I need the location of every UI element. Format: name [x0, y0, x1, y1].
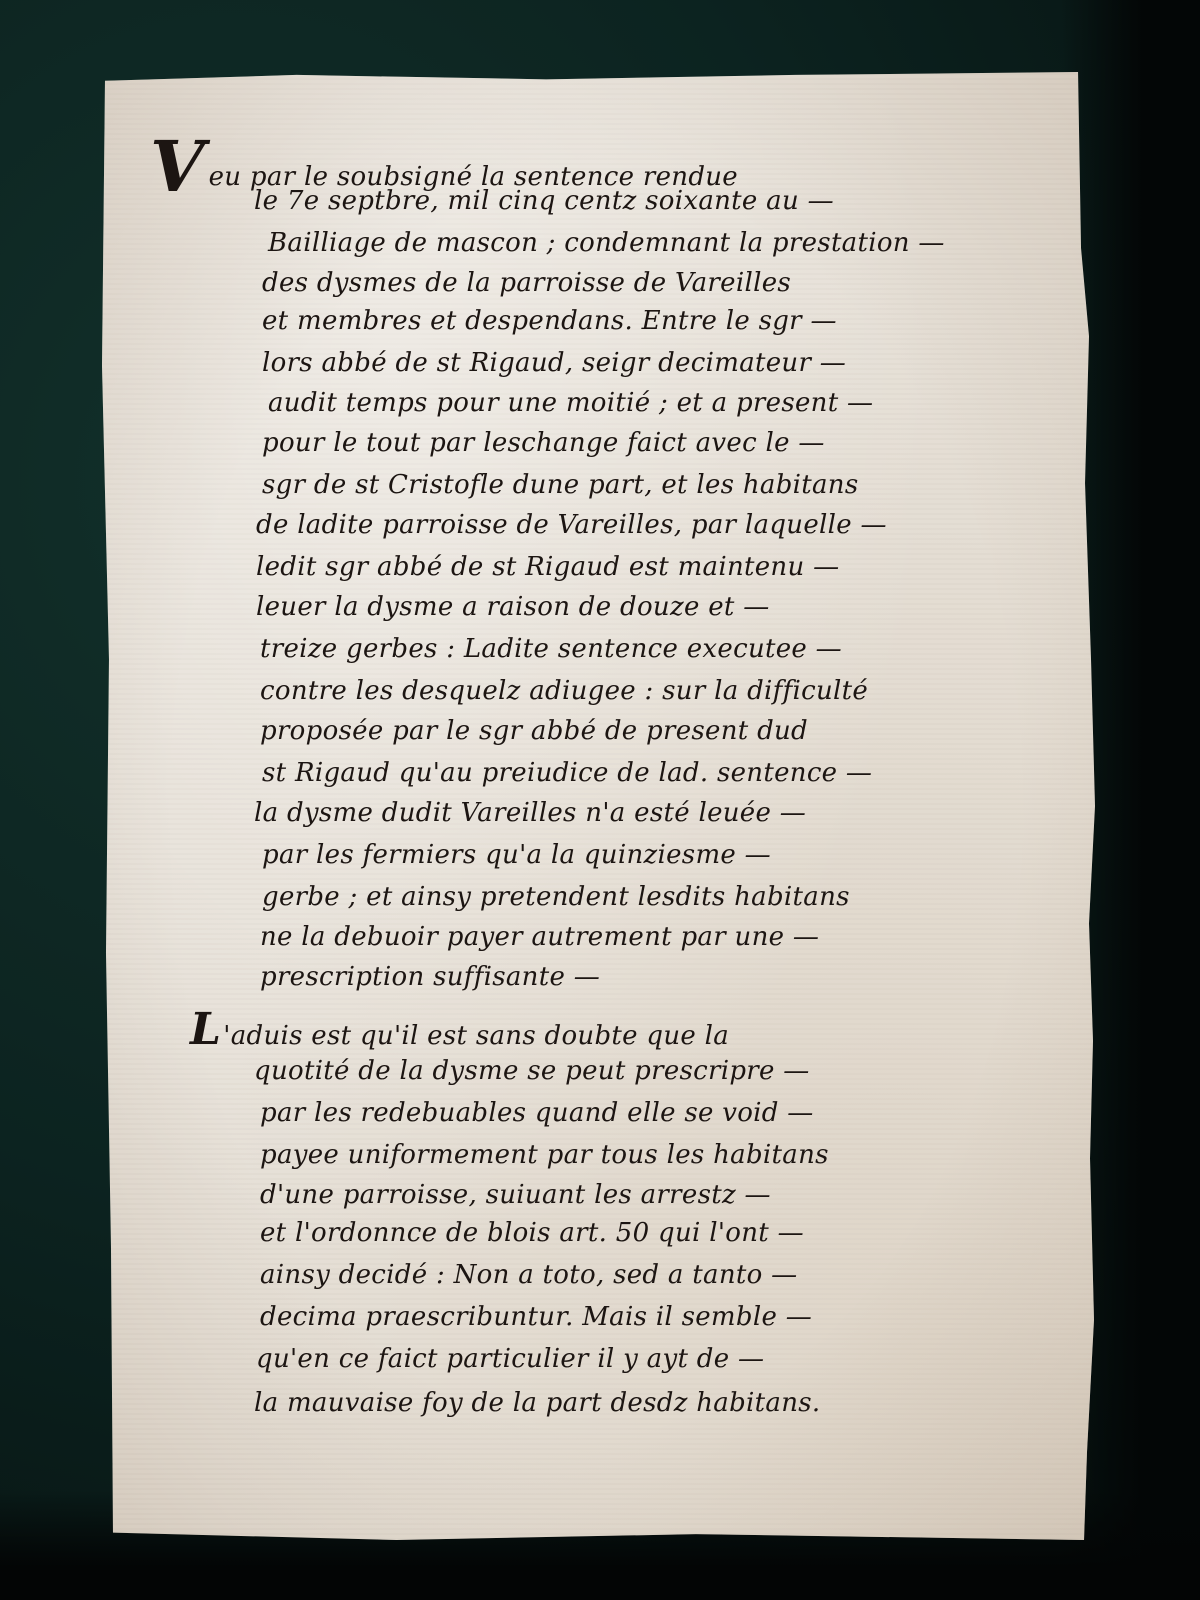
paragraph-2-line-6: et l'ordonnce de blois art. 50 qui l'ont… [260, 1218, 804, 1248]
paragraph-1-line-21: prescription suffisante — [260, 962, 600, 992]
paragraph-1-line-12: leuer la dysme a raison de douze et — [256, 592, 770, 622]
paragraph-1-line-9: sgr de st Cristofle dune part, et les ha… [262, 470, 859, 500]
paragraph-1-line-4: des dysmes de la parroisse de Vareilles [262, 268, 791, 298]
paragraph-2-line-10: la mauvaise foy de la part desdz habitan… [254, 1388, 820, 1418]
paragraph-1-line-20: ne la debuoir payer autrement par une — [260, 922, 819, 952]
paragraph-1-line-11: ledit sgr abbé de st Rigaud est maintenu… [256, 552, 839, 582]
paragraph-2-line-4: payee uniformement par tous les habitans [260, 1140, 829, 1170]
paragraph-1-line-17: la dysme dudit Vareilles n'a esté leuée … [254, 798, 806, 828]
paragraph-2-line-7: ainsy decidé : Non a toto, sed a tanto — [260, 1260, 797, 1290]
paragraph-1-line-19: gerbe ; et ainsy pretendent lesdits habi… [262, 882, 850, 912]
paragraph-2-line-9: qu'en ce faict particulier il y ayt de — [256, 1344, 764, 1374]
paragraph-2-line-8: decima praescribuntur. Mais il semble — [260, 1302, 812, 1332]
decorated-initial-v: V [150, 132, 205, 202]
paragraph-1-line-13: treize gerbes : Ladite sentence executee… [260, 634, 842, 664]
paragraph-2-line-1: L'aduis est qu'il est sans doubte que la [190, 1008, 729, 1052]
paragraph-1-line-3: Bailliage de mascon ; condemnant la pres… [268, 228, 945, 258]
paragraph-1-line-6: lors abbé de st Rigaud, seigr decimateur… [262, 348, 846, 378]
paragraph-2-line-3: par les redebuables quand elle se void — [260, 1098, 814, 1128]
decorated-initial-l: L [190, 1008, 221, 1052]
paragraph-2-line-2: quotité de la dysme se peut prescripre — [254, 1056, 810, 1086]
paragraph-1-line-5: et membres et despendans. Entre le sgr — [262, 306, 837, 336]
paragraph-1-line-10: de ladite parroisse de Vareilles, par la… [256, 510, 887, 540]
paragraph-1-line-18: par les fermiers qu'a la quinziesme — [262, 840, 771, 870]
paragraph-1-line-2: le 7e septbre, mil cinq centz soixante a… [254, 186, 834, 216]
paragraph-1-line-15: proposée par le sgr abbé de present dud [260, 716, 808, 746]
paragraph-1-line-14: contre les desquelz adiugee : sur la dif… [260, 676, 868, 706]
paragraph-1-line-7: audit temps pour une moitié ; et a prese… [268, 388, 873, 418]
paragraph-2-line-5: d'une parroisse, suiuant les arrestz — [260, 1180, 771, 1210]
paragraph-1-line-8: pour le tout par leschange faict avec le… [262, 428, 825, 458]
paragraph-1-line-16: st Rigaud qu'au preiudice de lad. senten… [262, 758, 872, 788]
